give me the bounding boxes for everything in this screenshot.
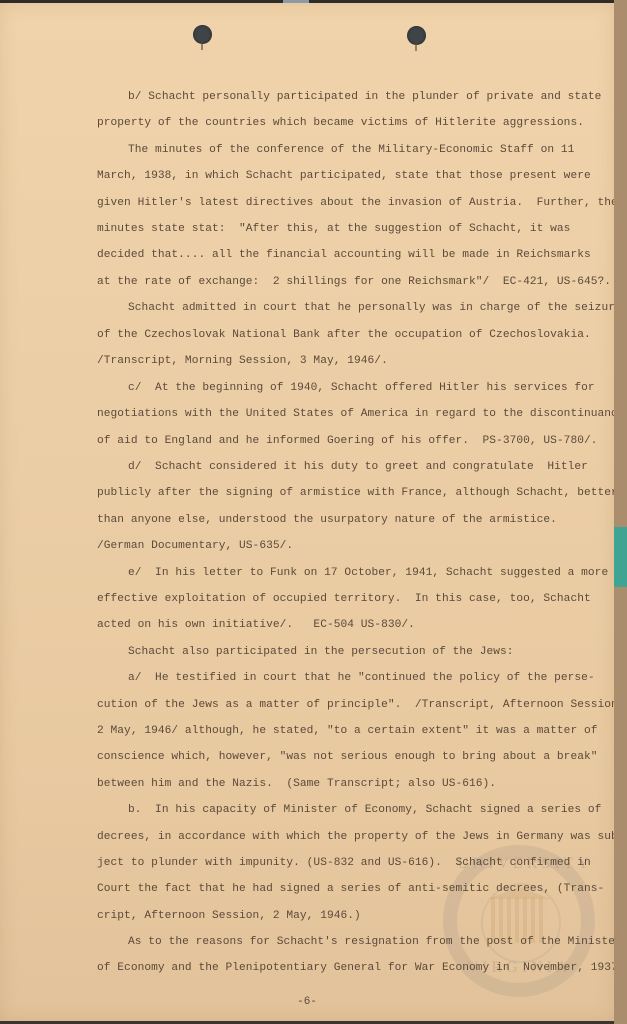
text-line: than anyone else, understood the usurpat… — [97, 513, 557, 527]
text-line: d/ Schacht considered it his duty to gre… — [128, 460, 588, 474]
text-line: The minutes of the conference of the Mil… — [128, 143, 574, 157]
text-line: decrees, in accordance with which the pr… — [97, 830, 625, 844]
text-line: b/ Schacht personally participated in th… — [128, 90, 601, 104]
text-line: Court the fact that he had signed a seri… — [97, 882, 604, 896]
text-line: given Hitler's latest directives about t… — [97, 196, 618, 210]
punch-hole-icon — [407, 26, 426, 45]
text-line: between him and the Nazis. (Same Transcr… — [97, 777, 496, 791]
text-line: of aid to England and he informed Goerin… — [97, 434, 598, 448]
text-line: property of the countries which became v… — [97, 116, 584, 130]
text-line: minutes state stat: "After this, at the … — [97, 222, 570, 236]
text-line: 2 May, 1946/ although, he stated, "to a … — [97, 724, 598, 738]
text-line: March, 1938, in which Schacht participat… — [97, 169, 591, 183]
text-line: of the Czechoslovak National Bank after … — [97, 328, 591, 342]
punch-hole-icon — [193, 25, 212, 44]
text-line: conscience which, however, "was not seri… — [97, 750, 598, 764]
text-line: e/ In his letter to Funk on 17 October, … — [128, 566, 608, 580]
text-line: effective exploitation of occupied terri… — [97, 592, 591, 606]
text-line: negotiations with the United States of A… — [97, 407, 625, 421]
text-line: a/ He testified in court that he "contin… — [128, 671, 595, 685]
text-line: cript, Afternoon Session, 2 May, 1946.) — [97, 909, 361, 923]
text-line: publicly after the signing of armistice … — [97, 486, 618, 500]
text-line: As to the reasons for Schacht's resignat… — [128, 935, 622, 949]
text-line: b. In his capacity of Minister of Econom… — [128, 803, 601, 817]
text-line: Schacht admitted in court that he person… — [128, 301, 622, 315]
edge-dark-band — [614, 587, 627, 1024]
document-page: UNIVERSITY VIRGINIA b/ Schacht personall… — [0, 3, 614, 1021]
text-line: cution of the Jews as a matter of princi… — [97, 698, 625, 712]
scan-right-edge — [614, 0, 627, 1024]
text-line: Schacht also participated in the persecu… — [128, 645, 514, 659]
text-line: c/ At the beginning of 1940, Schacht off… — [128, 381, 595, 395]
text-line: acted on his own initiative/. EC-504 US-… — [97, 618, 415, 632]
text-line: ject to plunder with impunity. (US-832 a… — [97, 856, 591, 870]
text-line: /German Documentary, US-635/. — [97, 539, 293, 553]
text-line: decided that.... all the financial accou… — [97, 248, 591, 262]
edge-teal-tab — [614, 527, 627, 587]
text-line: /Transcript, Morning Session, 3 May, 194… — [97, 354, 388, 368]
edge-dark-band — [614, 0, 627, 527]
text-line: at the rate of exchange: 2 shillings for… — [97, 275, 611, 289]
text-line: of Economy and the Plenipotentiary Gener… — [97, 961, 625, 975]
page-number: -6- — [0, 996, 614, 1008]
